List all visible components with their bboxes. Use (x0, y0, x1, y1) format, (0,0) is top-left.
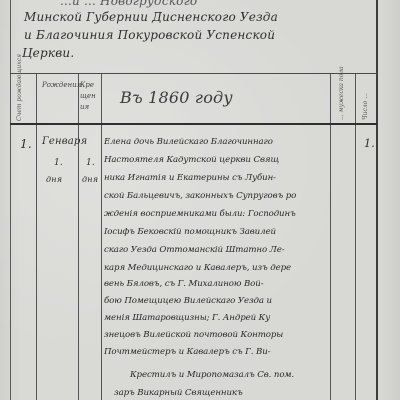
col-header-right-1: ... мужеска пола (338, 76, 345, 120)
entry-line: Настоятеля Кадутской церкви Свящ (104, 155, 279, 165)
col-header-right-2: Число ... (362, 76, 369, 120)
col-header-number: Счет рождающихся (16, 77, 23, 121)
entry-line: Почтмейстеръ и Кавалеръ съ Г. Ви- (104, 347, 270, 357)
signature-line: заръ Викарный Священникъ (114, 388, 243, 398)
birth-day-note: дня (46, 175, 62, 184)
rule-header-bottom (10, 123, 377, 125)
birth-month: Генваря (42, 136, 87, 147)
heading-line-1: ...и ... Новогрудского (60, 0, 197, 8)
birth-day: 1. (54, 158, 63, 168)
record-number: 1. (20, 137, 32, 151)
rule-header-top (10, 73, 377, 74)
entry-line: Елена дочь Вилейскаго Благочиннаго (104, 137, 273, 147)
entry-line: ской Бальцевичъ, законныхъ Супруговъ ро (104, 191, 296, 201)
document-page: ...и ... Новогрудского Минской Губернии … (0, 0, 400, 400)
entry-line: каря Медицинскаго и Кавалеръ, изъ дере (104, 263, 291, 273)
heading-line-4: Церкви. (22, 46, 74, 60)
entry-line: менія Шатаровщизны; Г. Андрей Ку (104, 313, 270, 323)
rule-right-margin (376, 0, 378, 400)
col-header-baptism: Крещения (80, 80, 100, 113)
entry-line: Іосифъ Бековскій помощникъ Завилей (104, 227, 276, 237)
signature-line: Крестилъ и Миропомазалъ Св. пом. (130, 370, 294, 380)
col-header-birth: Рождения (42, 80, 76, 91)
entry-line: ника Игнатія и Екатерины съ Лубин- (104, 173, 276, 183)
col-header-main-year: Въ 1860 году (120, 88, 233, 107)
rule-left-margin (10, 0, 11, 400)
entry-line: бою Помещицею Вилейскаго Уезда и (104, 296, 272, 306)
entry-line: вень Бяловъ, съ Г. Михалиною Вой- (104, 279, 264, 289)
entry-line: знецовъ Вилейской почтовой Конторы (104, 330, 283, 340)
entry-line: скаго Уезда Оттоманскій Штатно Ле- (104, 245, 285, 255)
baptism-day: 1. (86, 158, 95, 168)
entry-line: жденія восприемниками были: Господинъ (104, 209, 296, 219)
baptism-day-note: дня (82, 175, 98, 184)
heading-line-2: Минской Губернии Дисненского Уезда (24, 10, 278, 24)
heading-line-3: и Благочиния Покуровской Успенской (24, 28, 275, 42)
right-count: 1. (364, 137, 375, 150)
